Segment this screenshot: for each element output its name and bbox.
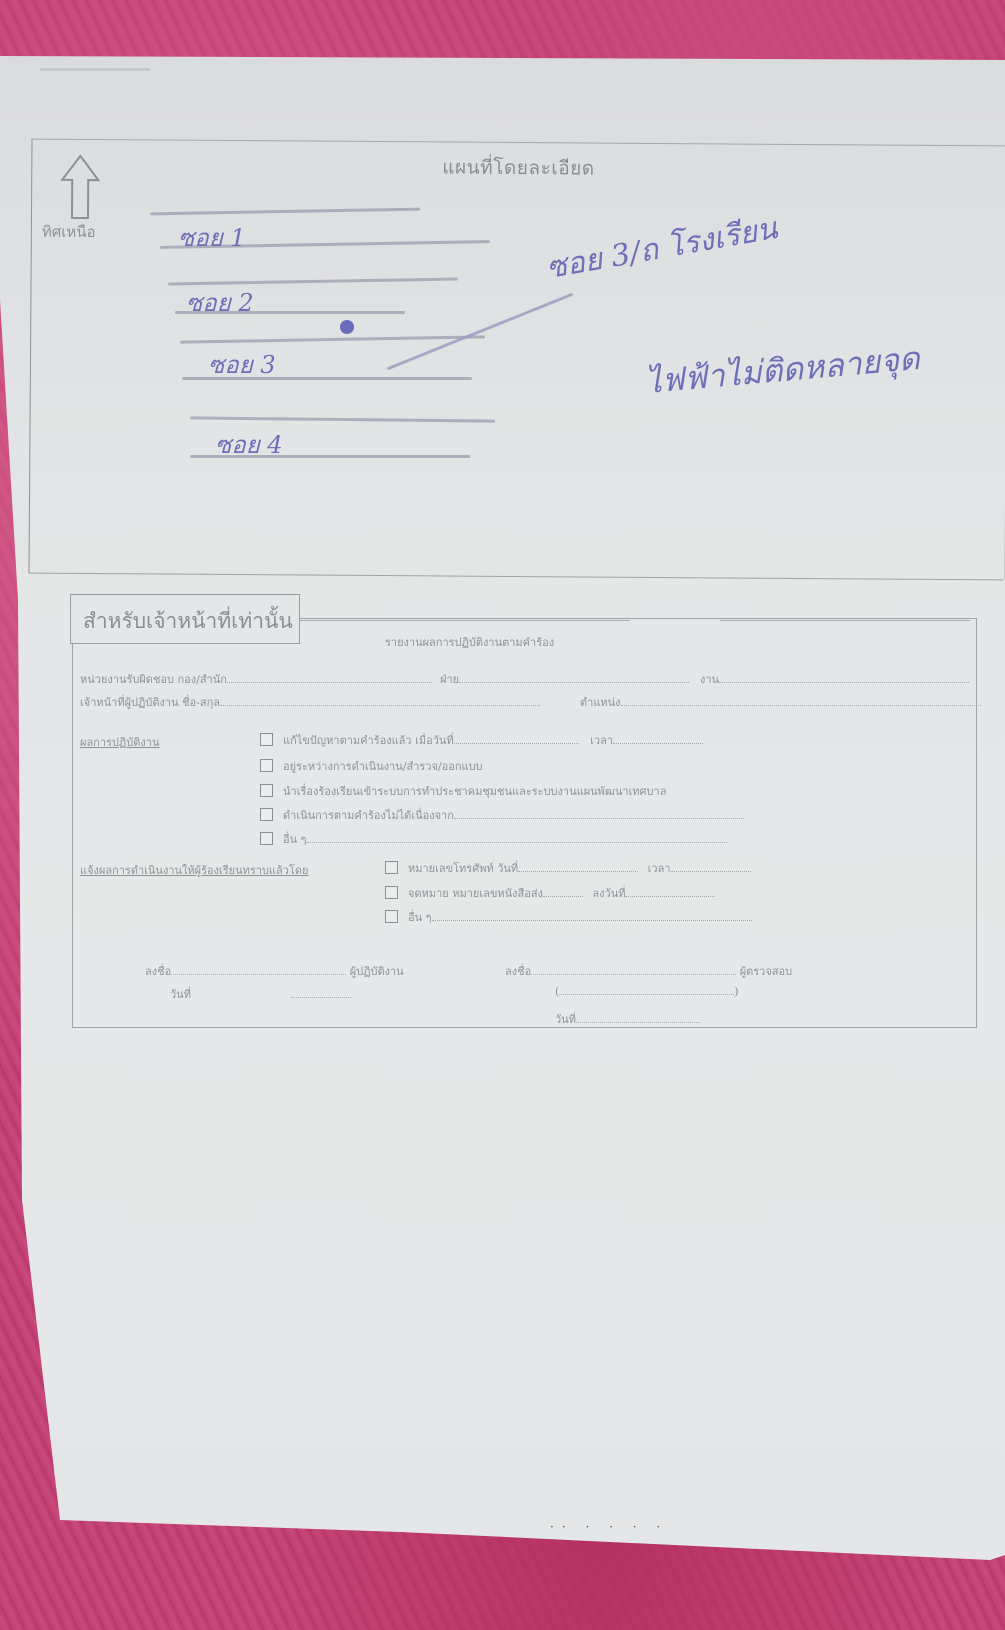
position-field[interactable]: ตำแหน่ง [580,693,981,711]
north-arrow-icon [58,150,103,222]
handwritten-road-4: ซอย 4 [215,425,283,464]
checkbox[interactable] [260,808,273,821]
result-option-5[interactable]: อื่น ๆ [260,830,727,848]
result-option-2[interactable]: อยู่ระหว่างการดำเนินงาน/สำรวจ/ออกแบบ [260,757,483,775]
unit-field[interactable]: หน่วยงานรับผิดชอบ กอง/สำนัก [80,670,432,688]
ink-blot [340,320,354,334]
reviewer-signature-field[interactable]: ลงชื่อ ผู้ตรวจสอบ [505,962,792,980]
checkbox[interactable] [385,886,398,899]
handwritten-road-3: ซอย 3 [208,345,276,384]
paper-specks: ·· · · · · [550,1520,668,1534]
operator-date-field[interactable]: วันที่ [170,985,351,1003]
result-label: ผลการปฏิบัติงาน [80,733,160,751]
paper-crease [40,68,150,71]
officer-only-tab: สำหรับเจ้าหน้าที่เท่านั้น [70,594,300,644]
result-option-3[interactable]: นำเรื่องร้องเรียนเข้าระบบการทำประชาคมชุม… [260,782,666,800]
officer-name-field[interactable]: เจ้าหน้าที่ผู้ปฏิบัติงาน ชื่อ-สกุล [80,693,540,711]
checkbox[interactable] [260,784,273,797]
notify-option-phone[interactable]: หมายเลขโทรศัพท์ วันที่ เวลา [385,859,751,877]
report-title: รายงานผลการปฏิบัติงานตามคำร้อง [385,633,554,651]
reviewer-date-field[interactable]: วันที่ [555,1010,701,1028]
result-option-4[interactable]: ดำเนินการตามคำร้องไม่ได้เนื่องจาก [260,806,744,824]
result-option-1[interactable]: แก้ไขปัญหาตามคำร้องแล้ว เมื่อวันที่ เวลา [260,731,703,749]
checkbox[interactable] [385,861,398,874]
handwritten-road-2: ซอย 2 [186,283,254,322]
notify-option-other[interactable]: อื่น ๆ [385,908,752,926]
division-field[interactable]: ฝ่าย [440,670,689,688]
handwritten-road-1: ซอย 1 [178,218,246,257]
map-title: แผนที่โดยละเอียด [442,152,595,183]
checkbox[interactable] [260,832,273,845]
notify-option-letter[interactable]: จดหมาย หมายเลขหนังสือส่ง ลงวันที่ [385,884,715,902]
north-label: ทิศเหนือ [42,220,96,244]
notify-label: แจ้งผลการดำเนินงานให้ผู้ร้องเรียนทราบแล้… [80,861,308,879]
operator-signature-field[interactable]: ลงชื่อ ผู้ปฏิบัติงาน [145,962,404,980]
section-field[interactable]: งาน [700,670,969,688]
checkbox[interactable] [260,759,273,772]
reviewer-name-field[interactable]: () [555,985,739,998]
checkbox[interactable] [385,910,398,923]
checkbox[interactable] [260,733,273,746]
